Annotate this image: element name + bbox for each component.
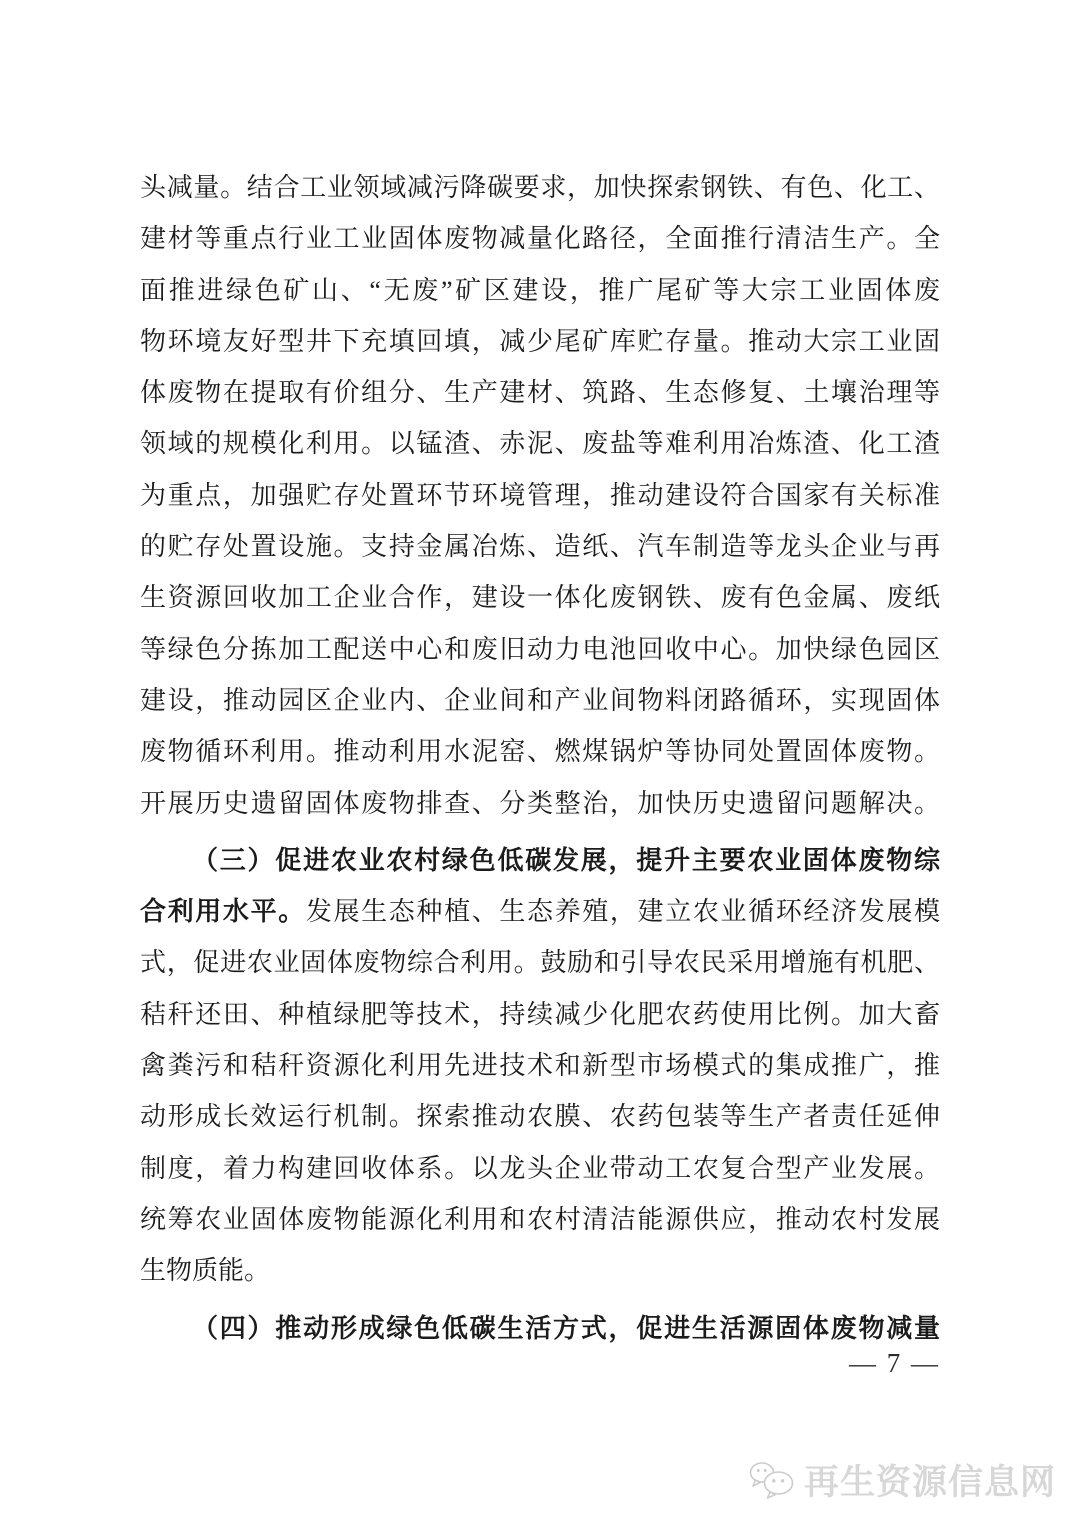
paragraph-section-3-agriculture: （三）促进农业农村绿色低碳发展，提升主要农业固体废物综 合利用水平。发展生态种植… [140, 835, 940, 1297]
section-3-heading-tail: 合利用水平。 [140, 897, 306, 926]
site-watermark: 再生资源信息网 [748, 1455, 1056, 1505]
body-line: 为重点，加强贮存处置环节环境管理，推动建设符合国家有关标准 [140, 470, 940, 521]
body-text-span: 发展生态种植、生态养殖，建立农业循环经济发展模 [306, 897, 940, 926]
body-line: 生资源回收加工企业合作，建设一体化废钢铁、废有色金属、废纸 [140, 572, 940, 623]
body-line: 废物循环利用。推动利用水泥窑、燃煤锅炉等协同处置固体废物。 [140, 726, 940, 777]
body-line: 领域的规模化利用。以锰渣、赤泥、废盐等难利用冶炼渣、化工渣 [140, 418, 940, 469]
document-page: 头减量。结合工业领域减污降碳要求，加快探索钢铁、有色、化工、 建材等重点行业工业… [0, 0, 1080, 1527]
body-line: 统筹农业固体废物能源化利用和农村清洁能源供应，推动农村发展 [140, 1194, 940, 1245]
body-line: 体废物在提取有价组分、生产建材、筑路、生态修复、土壤治理等 [140, 367, 940, 418]
body-line: 面推进绿色矿山、“无废”矿区建设，推广尾矿等大宗工业固体废 [140, 265, 940, 316]
body-line: 等绿色分拣加工配送中心和废旧动力电池回收中心。加快绿色园区 [140, 624, 940, 675]
body-line: 建设，推动园区企业内、企业间和产业间物料闭路循环，实现固体 [140, 675, 940, 726]
body-line: 开展历史遗留固体废物排查、分类整治，加快历史遗留问题解决。 [140, 778, 940, 829]
paragraph-section-4-lifestyle: （四）推动形成绿色低碳生活方式，促进生活源固体废物减量 [140, 1303, 940, 1354]
body-line: 建材等重点行业工业固体废物减量化路径，全面推行清洁生产。全 [140, 213, 940, 264]
body-line: 制度，着力构建回收体系。以龙头企业带动工农复合型产业发展。 [140, 1143, 940, 1194]
body-line: 秸秆还田、种植绿肥等技术，持续减少化肥农药使用比例。加大畜 [140, 989, 940, 1040]
paragraph-industry-continued: 头减量。结合工业领域减污降碳要求，加快探索钢铁、有色、化工、 建材等重点行业工业… [140, 162, 940, 829]
body-line: 的贮存处置设施。支持金属冶炼、造纸、汽车制造等龙头企业与再 [140, 521, 940, 572]
section-4-heading-line: （四）推动形成绿色低碳生活方式，促进生活源固体废物减量 [140, 1303, 940, 1354]
body-line: 物环境友好型井下充填回填，减少尾矿库贮存量。推动大宗工业固 [140, 316, 940, 367]
body-line: 式，促进农业固体废物综合利用。鼓励和引导农民采用增施有机肥、 [140, 937, 940, 988]
section-3-heading-line: （三）促进农业农村绿色低碳发展，提升主要农业固体废物综 [140, 835, 940, 886]
body-line: 生物质能。 [140, 1245, 940, 1296]
body-line: 禽粪污和秸秆资源化利用先进技术和新型市场模式的集成推广，推 [140, 1040, 940, 1091]
body-line: 动形成长效运行机制。探索推动农膜、农药包装等生产者责任延伸 [140, 1091, 940, 1142]
page-number: — 7 — [140, 1348, 940, 1379]
document-body: 头减量。结合工业领域减污降碳要求，加快探索钢铁、有色、化工、 建材等重点行业工业… [140, 162, 940, 1354]
body-line: 头减量。结合工业领域减污降碳要求，加快探索钢铁、有色、化工、 [140, 162, 940, 213]
wechat-chat-bubbles-icon [748, 1460, 796, 1500]
body-line-mixed: 合利用水平。发展生态种植、生态养殖，建立农业循环经济发展模 [140, 886, 940, 937]
watermark-site-name: 再生资源信息网 [804, 1455, 1056, 1505]
